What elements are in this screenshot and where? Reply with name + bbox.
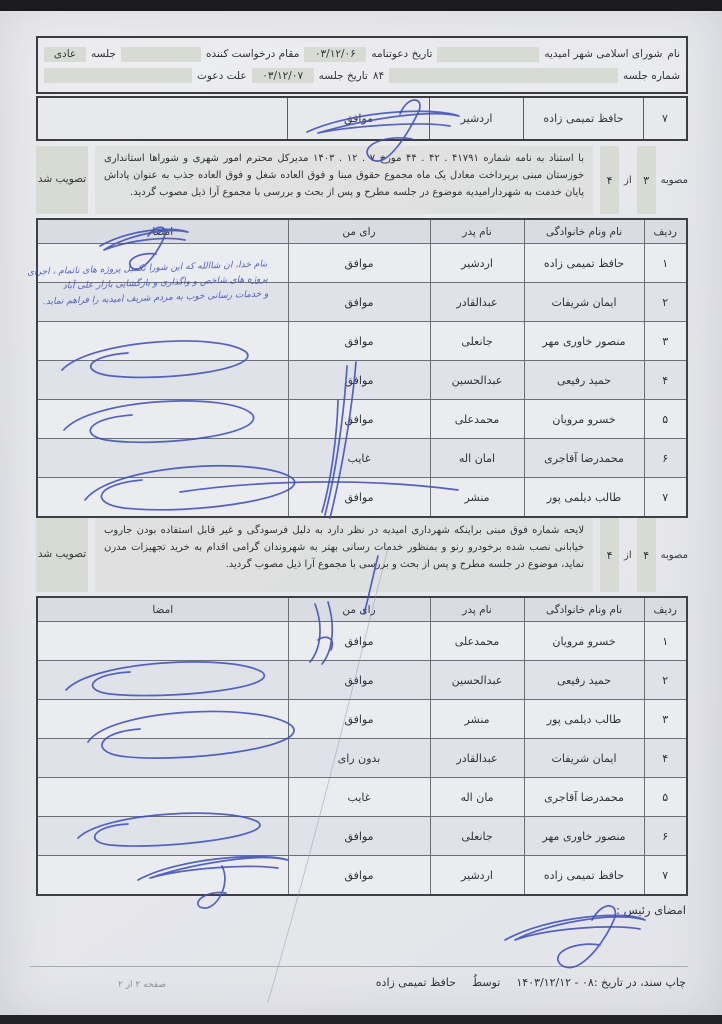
vote-value: موافق	[288, 661, 430, 700]
chief-signature-label: امضای رئیس :	[616, 903, 686, 917]
resolution-total-chip: ۴	[600, 518, 619, 592]
member-name: حافظ تمیمی زاده	[524, 244, 644, 283]
vote-table-resolution-4: ردیف نام ونام خانوادگی نام پدر رای من ام…	[36, 596, 688, 896]
signature-cell	[37, 661, 288, 700]
signature-cell	[37, 778, 288, 817]
col-signature: امضا	[37, 219, 288, 244]
invite-date-label: تاریخ دعوتنامه	[371, 48, 432, 60]
scanned-council-minutes-page: نام شورای اسلامی شهر امیدیه تاریخ دعوتنا…	[0, 0, 722, 1024]
table-header-row: ردیف نام ونام خانوادگی نام پدر رای من ام…	[37, 597, 687, 622]
member-name: محمدرضا آقاجری	[524, 778, 644, 817]
col-father-name: نام پدر	[430, 219, 524, 244]
session-date-label: تاریخ جلسه	[319, 70, 368, 82]
header-row-2: شماره جلسه ۸۴ تاریخ جلسه ۰۳/۱۲/۰۷ علت دع…	[44, 68, 680, 83]
table-row: ۴حمید رفیعیعبدالحسینموافق	[37, 361, 687, 400]
signature-cell	[37, 700, 288, 739]
session-type-value: عادی	[44, 47, 86, 62]
father-name: منشر	[430, 700, 524, 739]
col-row-number: ردیف	[644, 597, 687, 622]
table-row: ۱خسرو مرویانمحمدعلیموافق	[37, 622, 687, 661]
table-row: ۷طالب دیلمی پورمنشرموافق	[37, 478, 687, 518]
table-row: ۴ایمان شریفاتعبدالقادربدون رای	[37, 739, 687, 778]
vote-value: موافق	[288, 361, 430, 400]
father-name: عبدالحسین	[430, 661, 524, 700]
col-full-name: نام ونام خانوادگی	[524, 597, 644, 622]
session-header-box: نام شورای اسلامی شهر امیدیه تاریخ دعوتنا…	[36, 36, 688, 94]
vote-value: موافق	[288, 700, 430, 739]
table-row: ۱حافظ تمیمی زادهاردشیرموافق	[37, 244, 687, 283]
row-num: ۷	[644, 478, 687, 518]
signature-cell	[37, 244, 288, 283]
council-name-label: نام	[667, 48, 680, 60]
table-row: ۲حمید رفیعیعبدالحسینموافق	[37, 661, 687, 700]
table-row: ۳طالب دیلمی پورمنشرموافق	[37, 700, 687, 739]
row-num: ۳	[644, 700, 687, 739]
table-row: ۶محمدرضا آقاجریامان الهغایب	[37, 439, 687, 478]
vote-table-resolution-3: ردیف نام ونام خانوادگی نام پدر رای من ام…	[36, 218, 688, 518]
row-num: ۴	[644, 361, 687, 400]
member-name: ایمان شریفات	[524, 739, 644, 778]
print-date-text: چاپ سند، در تاریخ :۰۸ - ۱۴۰۳/۱۲/۱۲	[516, 976, 686, 989]
scan-edge-bottom	[0, 1015, 722, 1024]
table-row: ۲ایمان شریفاتعبدالقادرموافق	[37, 283, 687, 322]
father-name: امان اله	[430, 439, 524, 478]
member-name: طالب دیلمی پور	[524, 700, 644, 739]
member-name: منصور خاوری مهر	[524, 322, 644, 361]
resolution-label: مصوبه	[661, 550, 688, 561]
invite-reason-field	[44, 68, 192, 83]
council-name-field	[437, 47, 539, 62]
resolution-of-label: از	[624, 550, 632, 561]
signature-cell	[37, 322, 288, 361]
father-name: محمدعلی	[430, 622, 524, 661]
row-num: ۲	[644, 661, 687, 700]
signature-cell	[37, 817, 288, 856]
row-num: ۱	[644, 244, 687, 283]
print-info-line: چاپ سند، در تاریخ :۰۸ - ۱۴۰۳/۱۲/۱۲ توسطُ…	[376, 976, 686, 989]
member-name: حافظ تمیمی زاده	[524, 856, 644, 896]
cont-row-signature-cell	[38, 98, 287, 139]
session-no-label: شماره جلسه	[623, 70, 680, 82]
row-num: ۴	[644, 739, 687, 778]
vote-value: غایب	[288, 778, 430, 817]
table-row: ۵محمدرضا آقاجریمان الهغایب	[37, 778, 687, 817]
resolution-4-text: لایحه شماره فوق مبنی براینکه شهرداری امی…	[95, 518, 593, 592]
vote-value: موافق	[288, 478, 430, 518]
print-by-name: حافظ تمیمی زاده	[376, 976, 456, 989]
father-name: جانعلی	[430, 322, 524, 361]
father-name: جانعلی	[430, 817, 524, 856]
col-signature: امضا	[37, 597, 288, 622]
member-name: حمید رفیعی	[524, 661, 644, 700]
resolution-total-chip: ۴	[600, 146, 619, 214]
row-num: ۵	[644, 778, 687, 817]
requester-field	[121, 47, 201, 62]
table-row: ۵خسرو مرویانمحمدعلیموافق	[37, 400, 687, 439]
col-my-vote: رای من	[288, 597, 430, 622]
col-father-name: نام پدر	[430, 597, 524, 622]
father-name: منشر	[430, 478, 524, 518]
signature-cell	[37, 283, 288, 322]
vote-value: موافق	[288, 244, 430, 283]
father-name: عبدالحسین	[430, 361, 524, 400]
row-num: ۷	[644, 856, 687, 896]
session-no-value: ۸۴	[373, 70, 384, 82]
member-name: محمدرضا آقاجری	[524, 439, 644, 478]
signature-cell	[37, 400, 288, 439]
resolution-3-text: با استناد به نامه شماره ۴۱۷۹۱ . ۴۲ . ۴۴ …	[95, 146, 593, 214]
signature-cell	[37, 439, 288, 478]
vote-value: موافق	[288, 322, 430, 361]
resolution-3-head: مصوبه ۳ از ۴	[600, 146, 688, 214]
council-name-value: شورای اسلامی شهر امیدیه	[544, 48, 662, 60]
signature-cell	[37, 622, 288, 661]
signature-cell	[37, 361, 288, 400]
table-header-row: ردیف نام ونام خانوادگی نام پدر رای من ام…	[37, 219, 687, 244]
member-name: خسرو مرویان	[524, 622, 644, 661]
header-row-1: نام شورای اسلامی شهر امیدیه تاریخ دعوتنا…	[44, 47, 680, 62]
table-row: ۶منصور خاوری مهرجانعلیموافق	[37, 817, 687, 856]
father-name: عبدالقادر	[430, 283, 524, 322]
resolution-4-status: تصویب شد	[36, 518, 88, 592]
vote-value: موافق	[288, 400, 430, 439]
invite-date-value: ۰۳/۱۲/۰۶	[304, 47, 366, 62]
member-name: ایمان شریفات	[524, 283, 644, 322]
member-name: خسرو مرویان	[524, 400, 644, 439]
vote-value: موافق	[288, 283, 430, 322]
session-type-label: جلسه	[91, 48, 116, 60]
father-name: عبدالقادر	[430, 739, 524, 778]
col-my-vote: رای من	[288, 219, 430, 244]
resolution-3-status: تصویب شد	[36, 146, 88, 214]
row-num: ۱	[644, 622, 687, 661]
print-by-label: توسطُ	[472, 976, 500, 989]
vote-value: موافق	[288, 856, 430, 896]
vote-value: موافق	[288, 817, 430, 856]
session-no-field	[389, 68, 618, 83]
member-name: حمید رفیعی	[524, 361, 644, 400]
member-name: طالب دیلمی پور	[524, 478, 644, 518]
father-name: اردشیر	[430, 856, 524, 896]
resolution-number-chip: ۳	[637, 146, 656, 214]
requester-label: مقام درخواست کننده	[206, 48, 299, 60]
table-row: ۳منصور خاوری مهرجانعلیموافق	[37, 322, 687, 361]
table-row: ۷حافظ تمیمی زادهاردشیرموافق	[37, 856, 687, 896]
resolution-number-chip: ۴	[637, 518, 656, 592]
vote-value: غایب	[288, 439, 430, 478]
cont-row-number: ۷	[643, 98, 686, 139]
signature-cell	[37, 478, 288, 518]
resolution-3-section: مصوبه ۳ از ۴ با استناد به نامه شماره ۴۱۷…	[36, 146, 688, 214]
chief-signature-ink	[558, 906, 616, 968]
scan-edge-top	[0, 0, 722, 11]
col-full-name: نام ونام خانوادگی	[524, 219, 644, 244]
resolution-label: مصوبه	[661, 175, 688, 186]
row-num: ۲	[644, 283, 687, 322]
father-name: مان اله	[430, 778, 524, 817]
row-num: ۵	[644, 400, 687, 439]
father-name: محمدعلی	[430, 400, 524, 439]
vote-value: موافق	[288, 622, 430, 661]
continued-vote-row: ۷ حافظ تمیمی زاده اردشیر موافق	[36, 96, 688, 141]
resolution-of-label: از	[624, 175, 632, 186]
row-num: ۳	[644, 322, 687, 361]
page-number: صفحه ۲ از ۲	[118, 980, 166, 990]
resolution-4-head: مصوبه ۴ از ۴	[600, 518, 688, 592]
cont-row-father: اردشیر	[429, 98, 523, 139]
invite-reason-label: علت دعوت	[197, 70, 247, 82]
col-row-number: ردیف	[644, 219, 687, 244]
signature-cell	[37, 739, 288, 778]
chief-signature-ink	[505, 915, 645, 940]
father-name: اردشیر	[430, 244, 524, 283]
row-num: ۶	[644, 439, 687, 478]
resolution-4-section: مصوبه ۴ از ۴ لایحه شماره فوق مبنی براینک…	[36, 518, 688, 592]
row-num: ۶	[644, 817, 687, 856]
session-date-value: ۰۳/۱۲/۰۷	[252, 68, 314, 83]
member-name: منصور خاوری مهر	[524, 817, 644, 856]
cont-row-vote: موافق	[287, 98, 429, 139]
signature-cell	[37, 856, 288, 896]
vote-value: بدون رای	[288, 739, 430, 778]
cont-row-name: حافظ تمیمی زاده	[523, 98, 643, 139]
footer-separator	[30, 966, 688, 967]
